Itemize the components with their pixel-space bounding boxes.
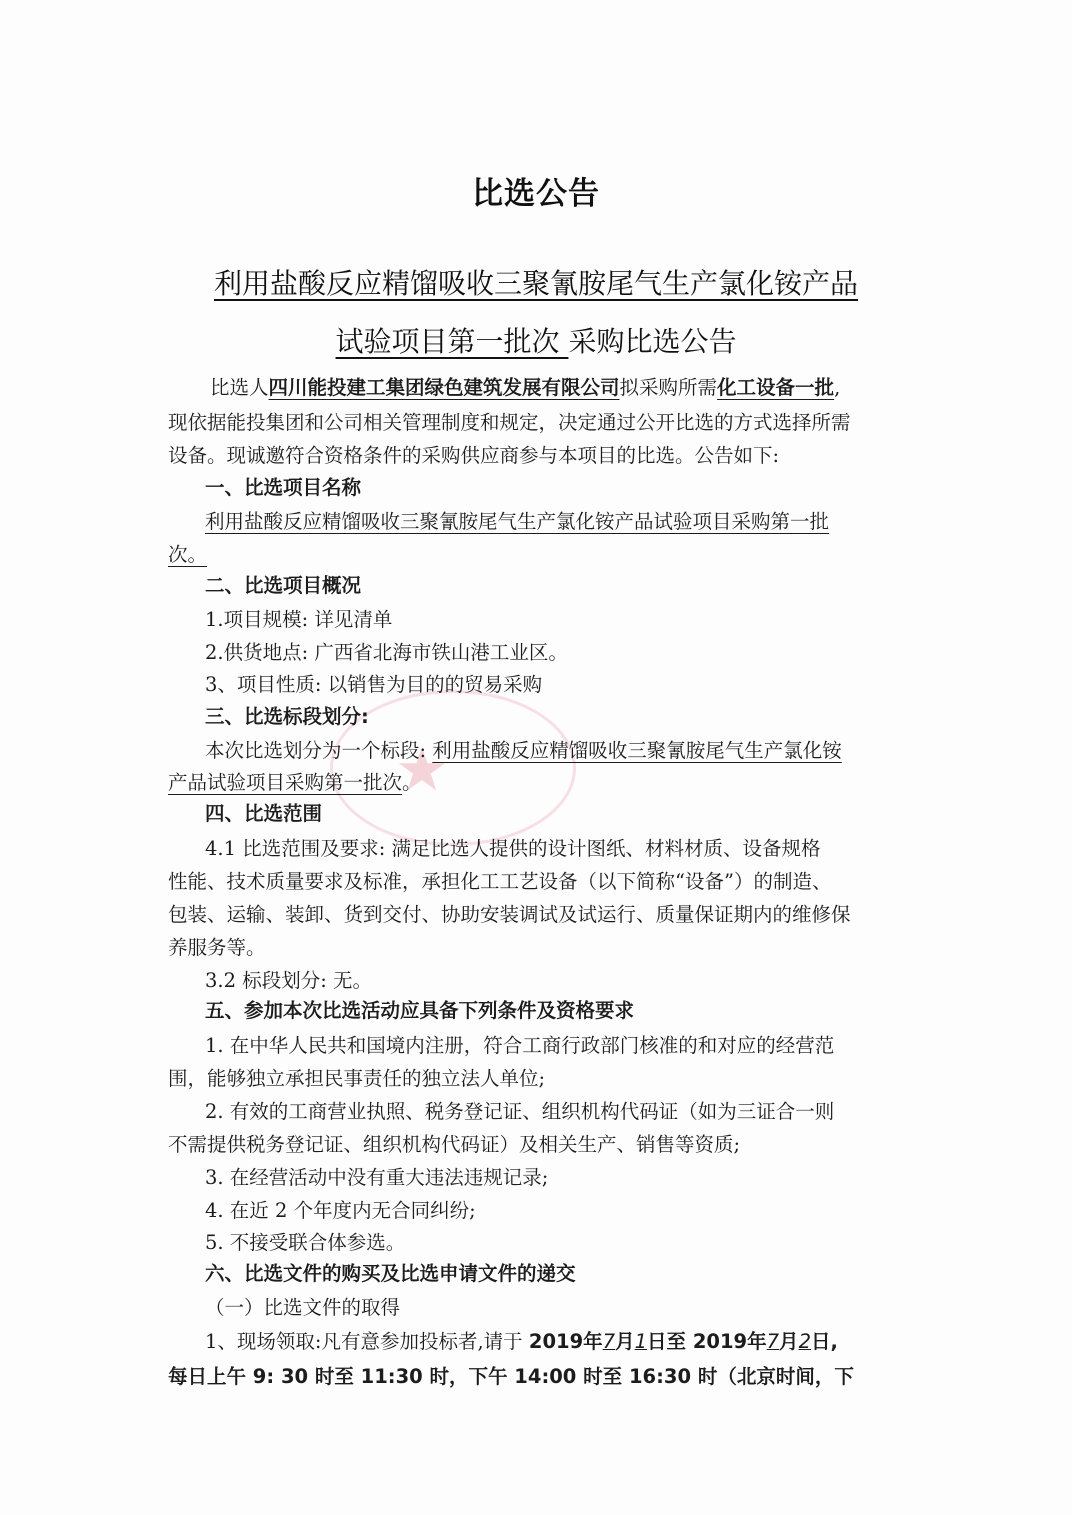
section-2-item-2: 2.供货地点: 广西省北海市铁山港工业区。 xyxy=(205,637,568,665)
end-year: 2019 xyxy=(693,1330,747,1353)
end-month-handwritten: 7 xyxy=(767,1330,779,1353)
section-5-text-6: 4. 在近 2 个年度内无合同纠纷; xyxy=(205,1195,476,1223)
day-label-2: 日, xyxy=(811,1330,838,1353)
section-2-item-1: 1.项目规模: 详见清单 xyxy=(205,604,392,632)
company-name: 四川能投建工集团绿色建筑发展有限公司 xyxy=(269,376,620,399)
intro-mid: 拟采购所需 xyxy=(620,376,718,399)
section-5-text-1: 1. 在中华人民共和国境内注册，符合工商行政部门核准的和对应的经营范 xyxy=(205,1030,834,1058)
section-2-heading: 二、比选项目概况 xyxy=(205,570,361,598)
section-3-prefix: 本次比选划分为一个标段: xyxy=(205,739,432,762)
subtitle-text-plain: 采购比选公告 xyxy=(568,325,736,358)
section-3-end: 。 xyxy=(402,771,422,794)
section-4-text-3: 包装、运输、装卸、货到交付、协助安装调试及试运行、质量保证期内的维修保 xyxy=(168,899,851,927)
section-5-text-4: 不需提供税务登记证、组织机构代码证）及相关生产、销售等资质; xyxy=(168,1129,740,1157)
section-6-text-1: 1、现场领取:凡有意参加投标者,请于 2019年7月1日至 2019年7月2日, xyxy=(205,1326,838,1354)
end-day-handwritten: 2 xyxy=(799,1330,811,1353)
document-page: ★ 比选公告 利用盐酸反应精馏吸收三聚氰胺尾气生产氯化铵产品 试验项目第一批次 … xyxy=(0,0,1072,1515)
intro-line-3: 设备。现诚邀符合资格条件的采购供应商参与本项目的比选。公告如下: xyxy=(168,440,779,468)
section-4-text-2: 性能、技术质量要求及标准，承担化工工艺设备（以下简称“设备”）的制造、 xyxy=(168,866,831,894)
section-4-heading: 四、比选范围 xyxy=(205,798,322,826)
section-2-item-3: 3、项目性质: 以销售为目的的贸易采购 xyxy=(205,669,542,697)
section-5-text-2: 围，能够独立承担民事责任的独立法人单位; xyxy=(168,1063,545,1091)
project-subtitle-line2: 试验项目第一批次 采购比选公告 xyxy=(0,320,1072,360)
section-1-heading: 一、比选项目名称 xyxy=(205,472,361,500)
section-1-text-2: 次。 xyxy=(168,539,207,567)
section-4-text-4: 养服务等。 xyxy=(168,932,266,960)
document-title: 比选公告 xyxy=(0,168,1072,213)
project-subtitle-line1: 利用盐酸反应精馏吸收三聚氰胺尾气生产氯化铵产品 xyxy=(0,262,1072,302)
section-3-text-2: 产品试验项目采购第一批次。 xyxy=(168,767,422,795)
section-5-text-7: 5. 不接受联合体参选。 xyxy=(205,1227,405,1255)
section-3-text-1: 本次比选划分为一个标段: 利用盐酸反应精馏吸收三聚氰胺尾气生产氯化铵 xyxy=(205,735,842,763)
section-3-lot-name-cont: 产品试验项目采购第一批次 xyxy=(168,771,402,794)
section-6-subheading: （一）比选文件的取得 xyxy=(205,1292,400,1320)
section-4-text-1: 4.1 比选范围及要求: 满足比选人提供的设计图纸、材料材质、设备规格 xyxy=(205,833,820,861)
intro-end: , xyxy=(834,376,840,399)
section-4-text-5: 3.2 标段划分: 无。 xyxy=(205,965,372,993)
section-5-text-5: 3. 在经营活动中没有重大违法违规记录; xyxy=(205,1162,548,1190)
section-3-heading: 三、比选标段划分: xyxy=(205,701,369,729)
month-label: 月 xyxy=(615,1330,635,1353)
pickup-prefix: 1、现场领取:凡有意参加投标者,请于 xyxy=(205,1330,529,1353)
intro-line-2: 现依据能投集团和公司相关管理制度和规定，决定通过公开比选的方式选择所需 xyxy=(168,407,851,435)
start-month-handwritten: 7 xyxy=(603,1330,615,1353)
section-6-heading: 六、比选文件的购买及比选申请文件的递交 xyxy=(205,1258,576,1286)
subtitle-text-underlined: 试验项目第一批次 xyxy=(336,325,569,358)
section-5-text-3: 2. 有效的工商营业执照、税务登记证、组织机构代码证（如为三证合一则 xyxy=(205,1096,834,1124)
section-6-text-2: 每日上午 9: 30 时至 11:30 时，下午 14:00 时至 16:30 … xyxy=(168,1361,854,1389)
start-year: 2019 xyxy=(529,1330,583,1353)
goods-name: 化工设备一批 xyxy=(717,376,834,399)
year-label-2: 年 xyxy=(747,1330,767,1353)
intro-line-1: 比选人四川能投建工集团绿色建筑发展有限公司拟采购所需化工设备一批, xyxy=(210,372,840,400)
section-5-heading: 五、参加本次比选活动应具备下列条件及资格要求 xyxy=(205,995,634,1023)
section-1-text-1: 利用盐酸反应精馏吸收三聚氰胺尾气生产氯化铵产品试验项目采购第一批 xyxy=(205,506,829,534)
intro-prefix: 比选人 xyxy=(210,376,269,399)
day-to-label: 日至 xyxy=(647,1330,693,1353)
month-label-2: 月 xyxy=(779,1330,799,1353)
section-3-lot-name: 利用盐酸反应精馏吸收三聚氰胺尾气生产氯化铵 xyxy=(432,739,842,762)
year-label: 年 xyxy=(583,1330,603,1353)
subtitle-text: 利用盐酸反应精馏吸收三聚氰胺尾气生产氯化铵产品 xyxy=(214,267,858,300)
start-day-handwritten: 1 xyxy=(635,1330,647,1353)
